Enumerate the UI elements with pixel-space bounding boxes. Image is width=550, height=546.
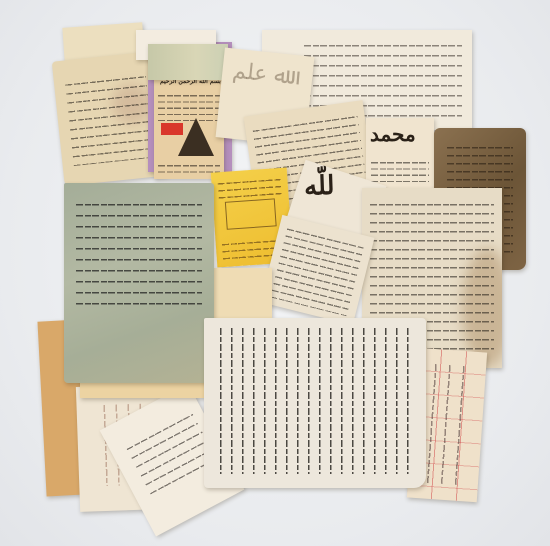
- lower-center-letter: [204, 318, 426, 488]
- calligraphy-stroke: ﻣﺤﻤﺪ: [370, 122, 416, 146]
- amulet-diagram: [225, 198, 277, 229]
- photo-scene: Lot of antique Arabic and Ottoman manusc…: [0, 0, 550, 546]
- green-tinted-leaf: [64, 183, 214, 383]
- tan-card: [212, 268, 272, 318]
- top-center-printed-leaf: بسم الله الرحمن الرحيم: [154, 74, 224, 179]
- calligraphy-fragment: ﻣﺤﻤﺪ: [366, 118, 434, 188]
- tree-illustration: [178, 118, 214, 156]
- top-center-green-fold: [148, 44, 228, 80]
